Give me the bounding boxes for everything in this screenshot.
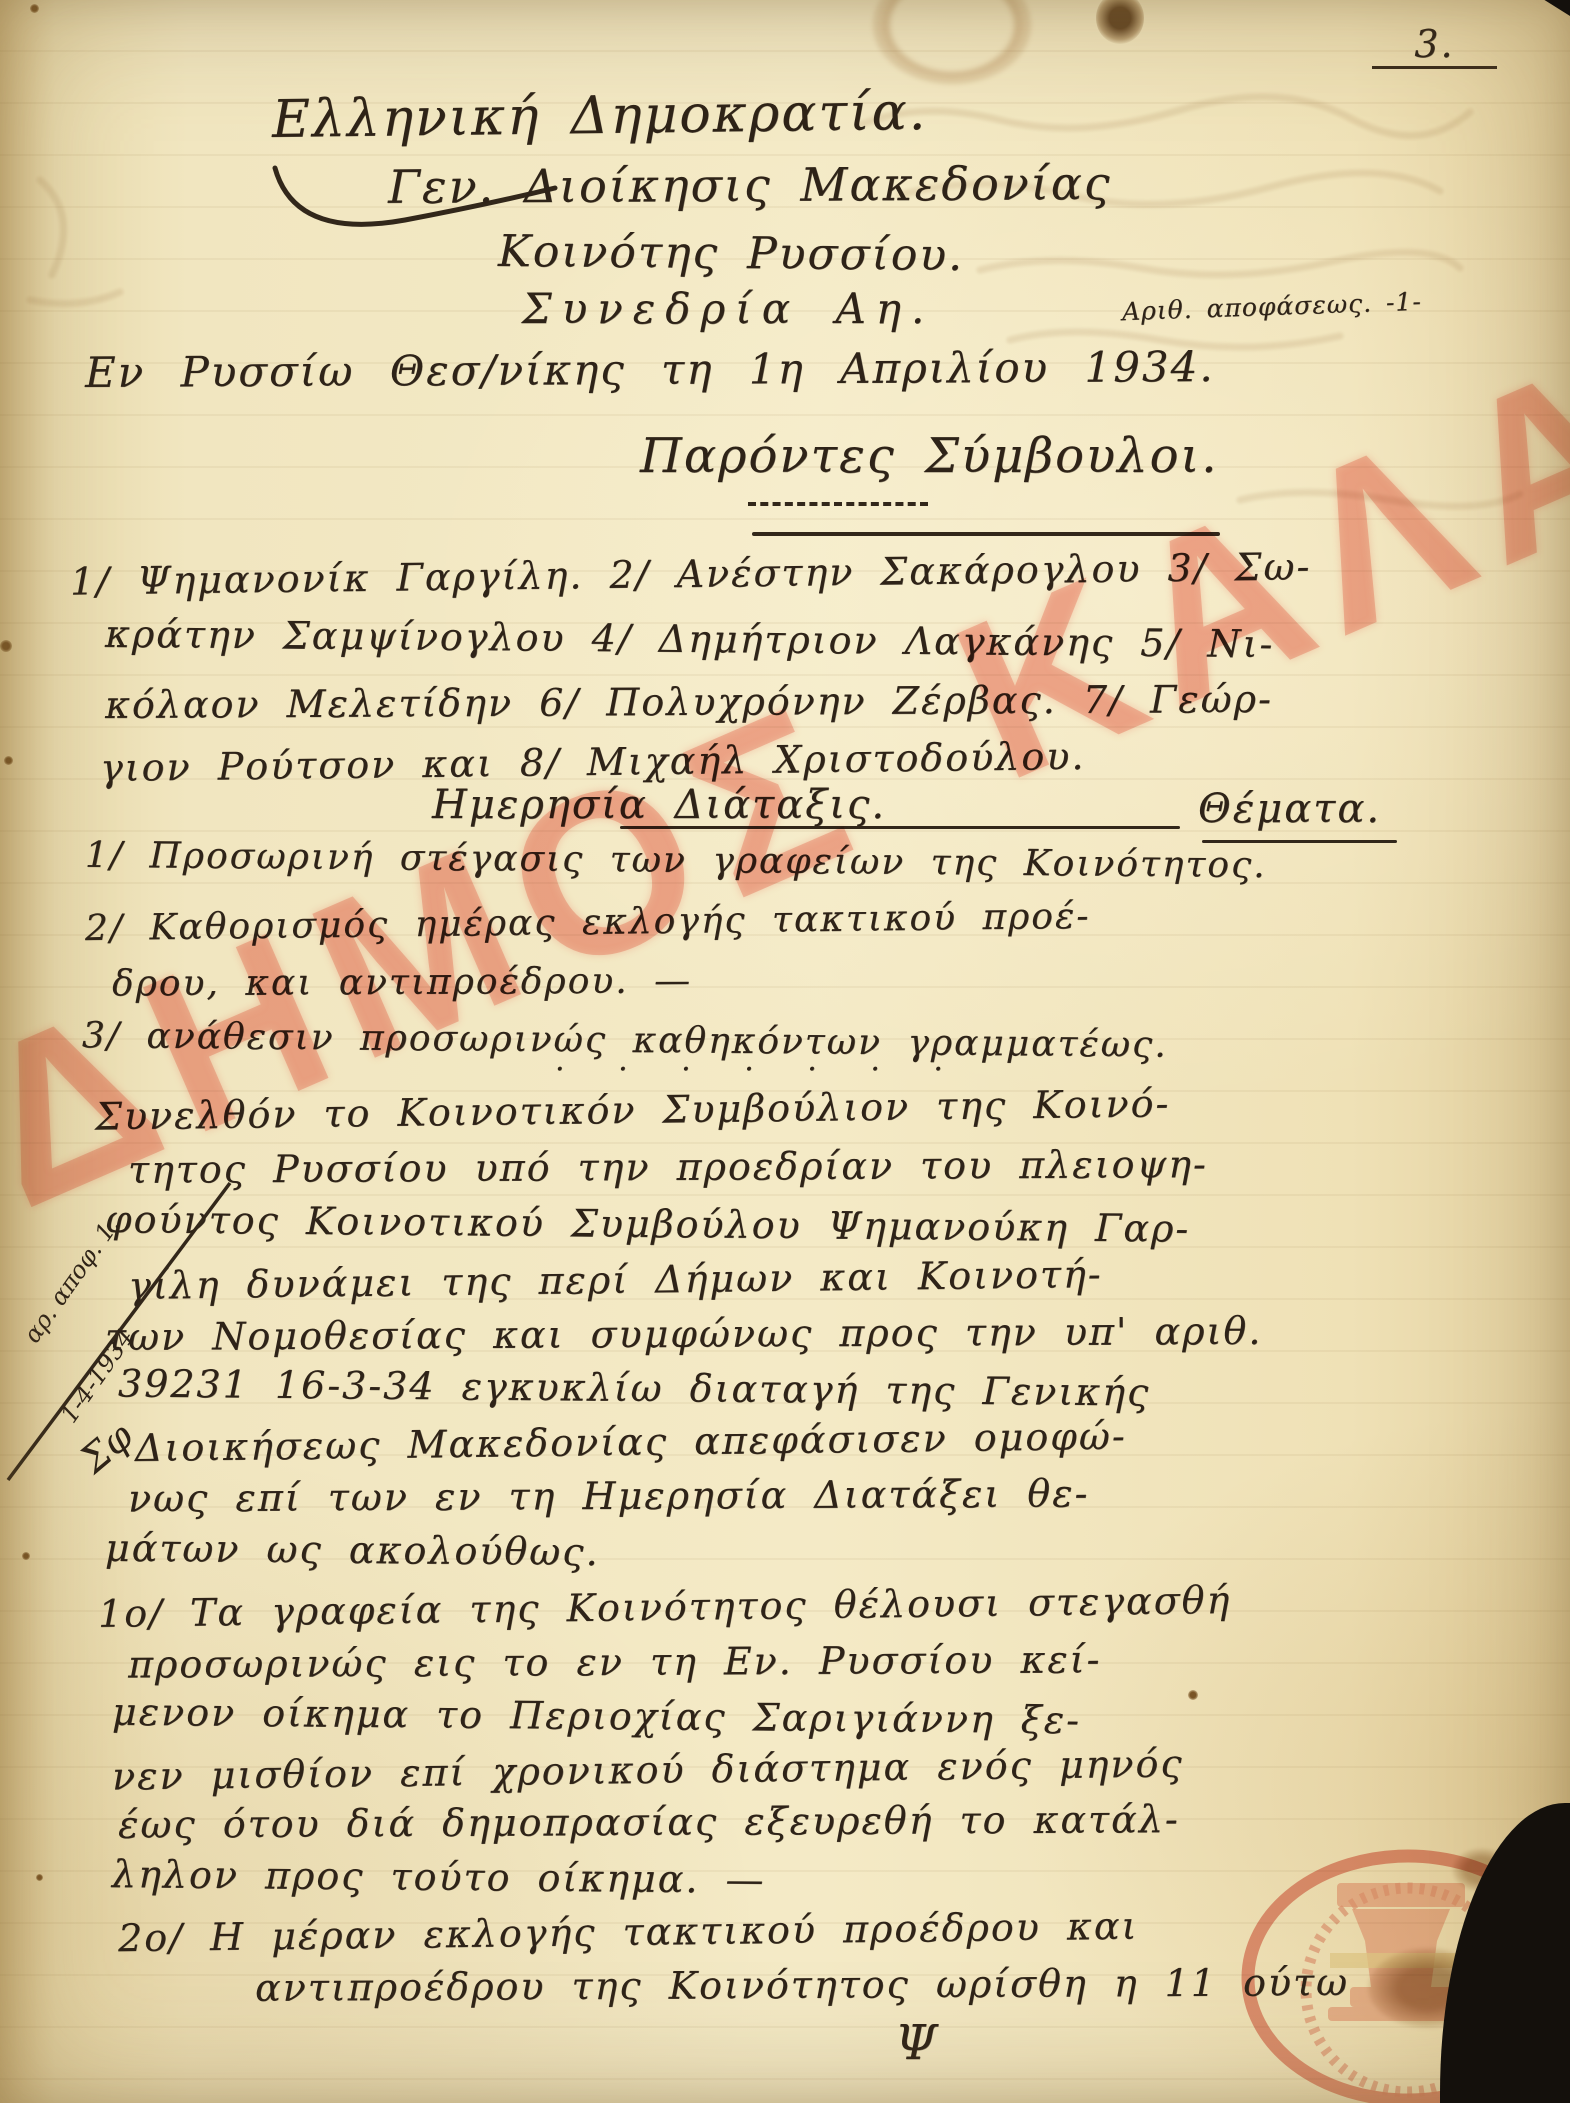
- header-administration: Γεν. Διοίκησις Μακεδονίας: [388, 156, 1112, 214]
- decision2-line: αντιπροέδρου της Κοινότητος ωρίσθη η 11 …: [255, 1960, 1349, 2010]
- catchword: Ψ: [895, 2015, 939, 2071]
- header-republic: Ελληνική Δημοκρατία.: [272, 82, 928, 150]
- decision1-line: ληλον προς τούτο οίκημα. —: [112, 1852, 766, 1902]
- present-heading-dashed-underline: [748, 502, 928, 506]
- body-line: μάτων ως ακολούθως.: [105, 1526, 600, 1574]
- decision1-line: έως ότου διά δημοπρασίας εξευρεθή το κατ…: [118, 1797, 1180, 1847]
- agenda-heading-themes: Θέματα.: [1198, 786, 1381, 832]
- body-line: 39231 16-3-34 εγκυκλίω διαταγή της Γενικ…: [118, 1361, 1151, 1414]
- header-session: Συνεδρία Αη.: [522, 284, 934, 333]
- dateline: Εν Ρυσσίω Θεσ/νίκης τη 1η Απριλίου 1934.: [85, 342, 1215, 397]
- manuscript-page: 3. Ελληνική Δημοκρατία. Γεν. Διοίκησις Μ…: [0, 0, 1570, 2103]
- decision1-line: προσωρινώς εις το εν τη Εν. Ρυσσίου κεί-: [128, 1637, 1102, 1686]
- page-number: 3.: [1372, 22, 1497, 69]
- present-heading: Παρόντες Σύμβουλοι.: [640, 428, 1219, 484]
- dotted-separator: · · · · · · ·: [555, 1052, 959, 1087]
- body-line: των Νομοθεσίας και συμφώνως προς την υπ'…: [105, 1309, 1263, 1359]
- body-line: νως επί των εν τη Ημερησία Διατάξει θε-: [128, 1471, 1090, 1520]
- decision1-line: μενον οίκημα το Περιοχίας Σαριγιάννη ξε-: [112, 1690, 1081, 1742]
- header-community: Κοινότης Ρυσσίου.: [498, 226, 965, 281]
- agenda-themes-underline: [1202, 840, 1397, 843]
